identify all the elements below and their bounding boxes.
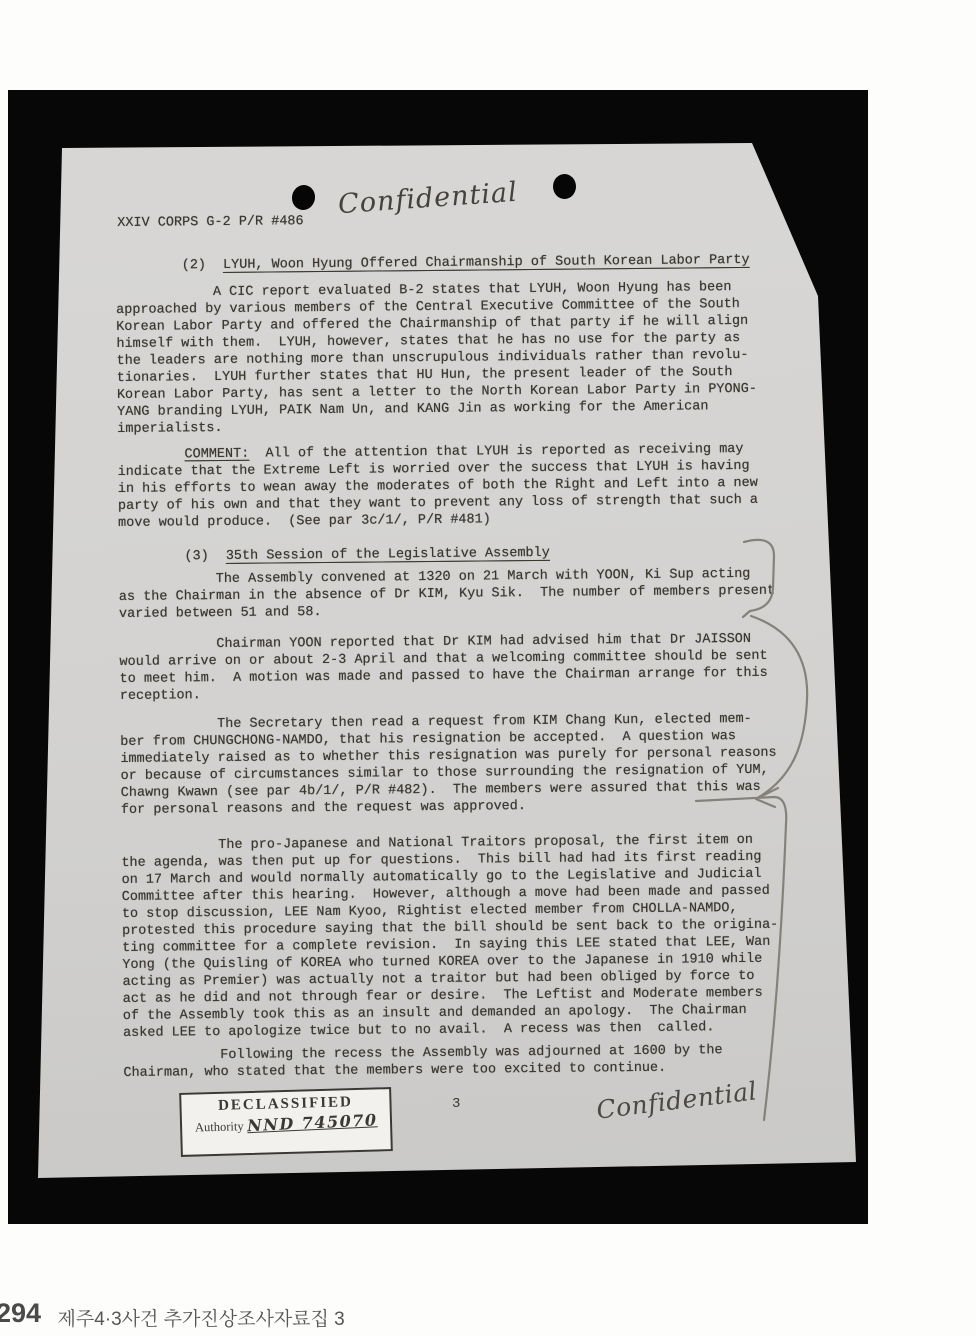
para-cic-report: A CIC report evaluated B-2 states that L… <box>116 278 823 438</box>
section-2-heading: (2)LYUH, Woon Hyung Offered Chairmanship… <box>182 251 822 274</box>
para-comment: COMMENT: All of the attention that LYUH … <box>117 440 824 532</box>
section-3-heading: (3)35th Session of the Legislative Assem… <box>184 542 824 565</box>
handwritten-confidential-bottom: Confidential <box>595 1076 759 1124</box>
section-3-title: 35th Session of the Legislative Assembly <box>226 546 550 564</box>
typed-document-body: XXIV CORPS G-2 P/R #486 (2)LYUH, Woon Hy… <box>114 83 829 1082</box>
para-assembly-convened: The Assembly convened at 1320 on 21 Marc… <box>119 565 825 623</box>
comment-label: COMMENT: <box>184 447 249 463</box>
section-2-title: LYUH, Woon Hyung Offered Chairmanship of… <box>223 253 750 273</box>
para-secretary-request: The Secretary then read a request from K… <box>120 710 827 819</box>
para-following-recess: Following the recess the Assembly was ad… <box>123 1041 829 1082</box>
report-header: XXIV CORPS G-2 P/R #486 <box>117 208 821 232</box>
para-traitors-proposal: The pro-Japanese and National Traitors p… <box>121 831 829 1042</box>
declassified-stamp: DECLASSIFIED Authority NND 745070 <box>179 1087 393 1157</box>
document-paper: Confidential XXIV CORPS G-2 P/R #486 (2)… <box>8 90 868 1224</box>
section-2-number: (2) <box>182 258 206 273</box>
section-3-number: (3) <box>184 549 208 564</box>
document-page-number: 3 <box>452 1096 460 1112</box>
book-caption: 294 제주4·3사건 추가진상조사자료집 3 <box>0 1298 976 1336</box>
book-caption-title: 제주4·3사건 추가진상조사자료집 3 <box>58 1304 345 1331</box>
stamp-authority-label: Authority <box>195 1119 244 1134</box>
book-caption-page-number: 294 <box>0 1298 41 1329</box>
para-chairman-yoon: Chairman YOON reported that Dr KIM had a… <box>119 630 826 705</box>
stamp-authority-number: NND 745070 <box>246 1110 377 1135</box>
scan-black-background: Confidential XXIV CORPS G-2 P/R #486 (2)… <box>8 90 868 1224</box>
